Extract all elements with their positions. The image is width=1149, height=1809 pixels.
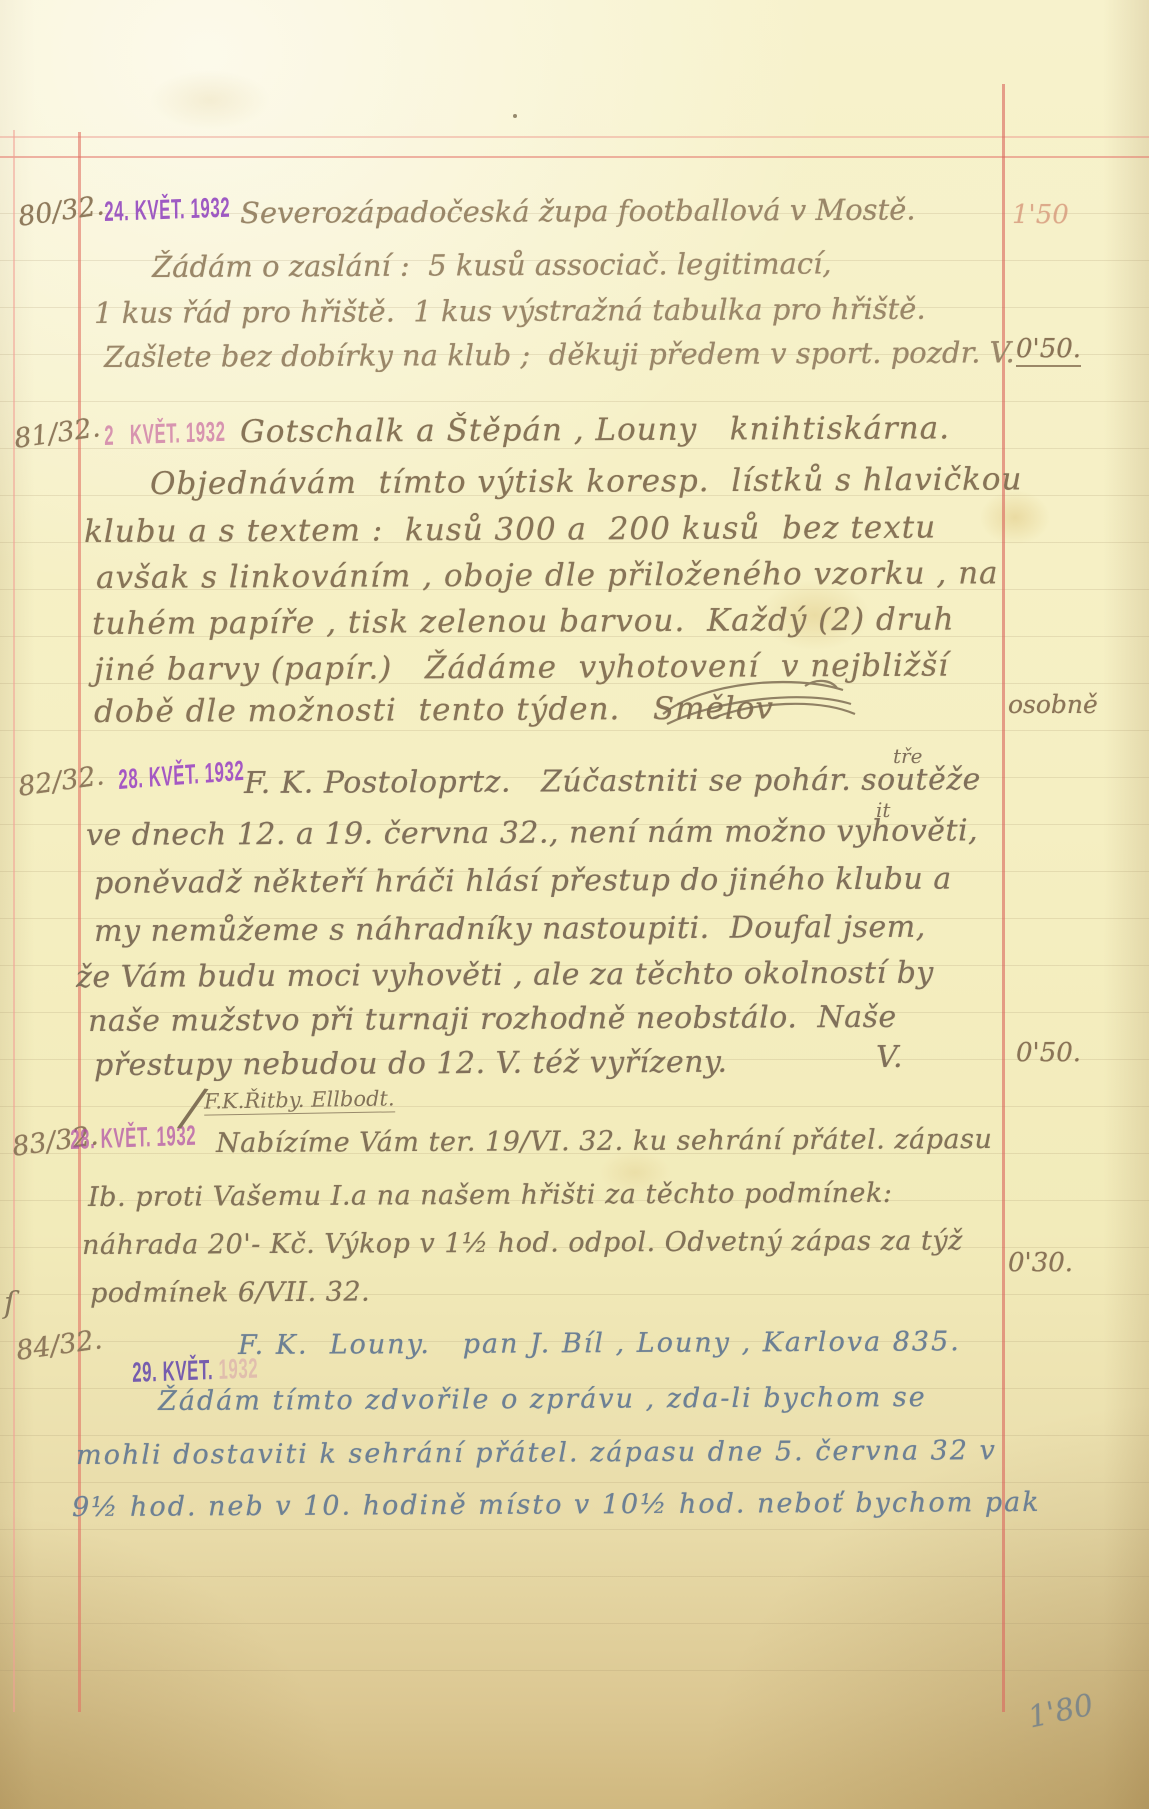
entry-line: Severozápadočeská župa footballová v Mos… bbox=[240, 192, 916, 230]
margin-fee: 0'30. bbox=[1008, 1248, 1073, 1278]
entry-line: poněvadž někteří hráči hlásí přestup do … bbox=[94, 862, 952, 901]
entry-line: podmínek 6/VII. 32. bbox=[90, 1277, 370, 1309]
ledger-page: 80/32. 24. KVĚT. 1932 Severozápadočeská … bbox=[0, 0, 1149, 1809]
date-stamp-day: 29. KVĚT. bbox=[132, 1354, 219, 1388]
inserted-word: tře bbox=[893, 744, 922, 768]
entry-line: F. K. Postoloprtz. Zúčastniti se pohár. … bbox=[244, 762, 981, 801]
top-rule-lower bbox=[0, 156, 1149, 158]
inserted-header: F.K.Řitby. Ellbodt. bbox=[204, 1086, 395, 1115]
signoff-initial: V. bbox=[876, 1040, 903, 1075]
entry-line: Objednávám tímto výtisk koresp. lístků s… bbox=[150, 461, 1023, 502]
left-margin-line-inner bbox=[78, 132, 81, 1712]
top-rule-upper bbox=[0, 136, 1149, 138]
entry-line: Ib. proti Vašemu I.a na našem hřišti za … bbox=[88, 1178, 892, 1213]
entry-line: F. K. Louny. pan J. Bíl , Louny , Karlov… bbox=[238, 1326, 961, 1361]
entry-line: my nemůžeme s náhradníky nastoupiti. Dou… bbox=[94, 910, 926, 949]
date-stamp: 2 KVĚT. 1932 bbox=[104, 416, 226, 452]
entry-line: mohli dostaviti k sehrání přátel. zápasu… bbox=[76, 1435, 997, 1471]
paper-stain bbox=[150, 70, 270, 130]
entry-line: 1 kus řád pro hřiště. 1 kus výstražná ta… bbox=[94, 292, 926, 330]
entry-line: avšak s linkováním , oboje dle přiložené… bbox=[96, 555, 999, 596]
entry-line: klubu a s textem : kusů 300 a 200 kusů b… bbox=[84, 510, 936, 550]
entry-line: Gotschalk a Štěpán , Louny knihtiskárna. bbox=[240, 410, 950, 450]
margin-fee: 0'50. bbox=[1016, 334, 1081, 367]
entry-line: ve dnech 12. a 19. června 32., není nám … bbox=[86, 813, 978, 853]
date-stamp: 28. KVĚT. 1932 bbox=[70, 1120, 196, 1156]
left-margin-line-outer bbox=[13, 130, 15, 1712]
entry-line: naše mužstvo při turnaji rozhodně neobst… bbox=[88, 1000, 897, 1039]
right-margin-line bbox=[1002, 84, 1005, 1712]
margin-fee: osobně bbox=[1008, 690, 1098, 719]
entry-line: Žádám o zaslání : 5 kusů associač. legit… bbox=[152, 246, 832, 284]
entry-line: Nabízíme Vám ter. 19/VI. 32. ku sehrání … bbox=[216, 1124, 992, 1159]
paper-stain bbox=[980, 490, 1050, 545]
entry-line: že Vám budu moci vyhověti , ale za těcht… bbox=[76, 956, 934, 995]
entry-line: náhrada 20'- Kč. Výkop v 1½ hod. odpol. … bbox=[82, 1225, 963, 1261]
entry-line: 9½ hod. neb v 10. hodině místo v 10½ hod… bbox=[72, 1487, 1041, 1523]
inserted-word: it bbox=[876, 798, 890, 822]
entry-line: Zašlete bez dobírky na klub ; děkuji pře… bbox=[104, 335, 1015, 374]
ink-speck bbox=[513, 114, 517, 118]
stray-pen-mark: ſ bbox=[4, 1286, 15, 1321]
entry-line: Žádám tímto zdvořile o zprávu , zda-li b… bbox=[158, 1382, 927, 1417]
margin-fee: 0'50. bbox=[1016, 1038, 1081, 1068]
signature-flourish bbox=[655, 672, 865, 734]
margin-note: 1'50 bbox=[1012, 200, 1069, 230]
entry-line: tuhém papíře , tisk zelenou barvou. Každ… bbox=[92, 601, 955, 642]
date-stamp: 24. KVĚT. 1932 bbox=[104, 192, 230, 228]
